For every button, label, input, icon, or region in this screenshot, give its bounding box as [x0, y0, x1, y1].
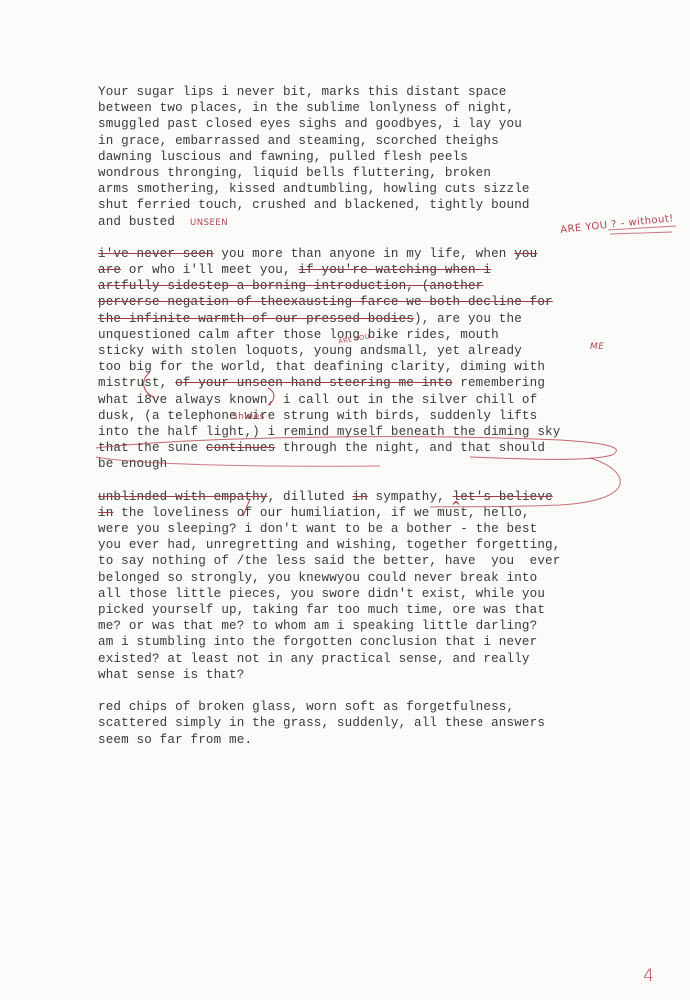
annotation-me: ME: [590, 342, 604, 352]
struck-text: are: [98, 263, 121, 277]
text-segment: all those little pieces, you swore didn'…: [98, 587, 545, 601]
text-segment: wondrous thronging, liquid bells flutter…: [98, 166, 491, 180]
text-line: what i8ve always known, i call out in th…: [98, 392, 618, 408]
text-segment: sticky with stolen loquots, young andsma…: [98, 344, 522, 358]
text-segment: mistrust,: [98, 376, 175, 390]
text-line: red chips of broken glass, worn soft as …: [98, 699, 618, 715]
annotation-caret: ^: [451, 499, 462, 513]
text-segment: that the sune: [98, 441, 206, 455]
text-segment: arms smothering, kissed andtumbling, how…: [98, 182, 530, 196]
text-line: i've never seen you more than anyone in …: [98, 246, 618, 262]
paragraph: unblinded with empathy, dilluted in symp…: [98, 489, 618, 683]
text-segment: existed? at least not in any practical s…: [98, 652, 530, 666]
text-segment: picked yourself up, taking far too much …: [98, 603, 545, 617]
text-segment: or who i'll meet you,: [121, 263, 298, 277]
text-segment: sympathy,: [368, 490, 453, 504]
text-segment: me? or was that me? to whom am i speakin…: [98, 619, 537, 633]
text-segment: ), are you the: [414, 312, 522, 326]
text-line: me? or was that me? to whom am i speakin…: [98, 618, 618, 634]
text-line: perverse negation of theexausting farce …: [98, 294, 618, 310]
text-segment: what i8ve always known, i call out in th…: [98, 393, 537, 407]
struck-text: in: [352, 490, 367, 504]
text-line: picked yourself up, taking far too much …: [98, 602, 618, 618]
text-line: to say nothing of /the less said the bet…: [98, 553, 618, 569]
text-line: mistrust, of your unseen hand steering m…: [98, 375, 618, 391]
struck-text: you: [514, 247, 537, 261]
text-segment: through the night, and that should: [275, 441, 545, 455]
text-line: sticky with stolen loquots, young andsma…: [98, 343, 618, 359]
annotation-unseen: UNSEEN: [190, 218, 228, 228]
struck-text: perverse negation of theexausting farce …: [98, 295, 553, 309]
text-segment: were you sleeping? i don't want to be a …: [98, 522, 537, 536]
text-segment: in grace, embarrassed and steaming, scor…: [98, 134, 499, 148]
paragraph: red chips of broken glass, worn soft as …: [98, 699, 618, 748]
text-line: you ever had, unregretting and wishing, …: [98, 537, 618, 553]
text-line: too big for the world, that deafining cl…: [98, 359, 618, 375]
text-segment: shut ferried touch, crushed and blackene…: [98, 198, 530, 212]
text-segment: remembering: [453, 376, 546, 390]
paragraph: i've never seen you more than anyone in …: [98, 246, 618, 473]
text-segment: too big for the world, that deafining cl…: [98, 360, 545, 374]
text-line: belonged so strongly, you knewwyou could…: [98, 570, 618, 586]
text-line: into the half light,) i remind myself be…: [98, 424, 618, 440]
text-line: unblinded with empathy, dilluted in symp…: [98, 489, 618, 505]
text-segment: you more than anyone in my life, when: [214, 247, 515, 261]
text-line: all those little pieces, you swore didn'…: [98, 586, 618, 602]
struck-text: of your unseen hand steering me into: [175, 376, 452, 390]
text-line: dawning luscious and fawning, pulled fle…: [98, 149, 618, 165]
struck-text: unblinded with empathy: [98, 490, 268, 504]
text-line: am i stumbling into the forgotten conclu…: [98, 634, 618, 650]
text-line: are or who i'll meet you, if you're watc…: [98, 262, 618, 278]
text-line: that the sune continues through the nigh…: [98, 440, 618, 456]
text-segment: red chips of broken glass, worn soft as …: [98, 700, 514, 714]
page-number: 4: [643, 966, 654, 986]
text-line: scattered simply in the grass, suddenly,…: [98, 715, 618, 731]
struck-text: if you're watching when i: [298, 263, 491, 277]
text-segment: , dilluted: [268, 490, 353, 504]
text-segment: the loveliness of our humiliation, if we…: [113, 506, 529, 520]
text-line: were you sleeping? i don't want to be a …: [98, 521, 618, 537]
paragraph: Your sugar lips i never bit, marks this …: [98, 84, 618, 230]
struck-text: continues: [206, 441, 275, 455]
text-segment: am i stumbling into the forgotten conclu…: [98, 635, 537, 649]
text-segment: Your sugar lips i never bit, marks this …: [98, 85, 507, 99]
text-segment: into the half light,) i remind myself be…: [98, 425, 560, 439]
manuscript-page: Your sugar lips i never bit, marks this …: [0, 0, 690, 1000]
text-segment: be enough: [98, 457, 167, 471]
text-line: arms smothering, kissed andtumbling, how…: [98, 181, 618, 197]
text-segment: what sense is that?: [98, 668, 244, 682]
text-segment: dusk, (a telephone wire strung with bird…: [98, 409, 537, 423]
typewritten-body: Your sugar lips i never bit, marks this …: [98, 84, 618, 764]
text-line: the infinite warmth of our pressed bodie…: [98, 311, 618, 327]
struck-text: in: [98, 506, 113, 520]
text-segment: scattered simply in the grass, suddenly,…: [98, 716, 545, 730]
struck-text: let's believe: [453, 490, 553, 504]
text-segment: you ever had, unregretting and wishing, …: [98, 538, 560, 552]
text-segment: belonged so strongly, you knewwyou could…: [98, 571, 537, 585]
text-line: seem so far from me.: [98, 732, 618, 748]
text-segment: dawning luscious and fawning, pulled fle…: [98, 150, 468, 164]
text-line: smuggled past closed eyes sighs and good…: [98, 116, 618, 132]
text-line: between two places, in the sublime lonly…: [98, 100, 618, 116]
text-segment: seem so far from me.: [98, 733, 252, 747]
struck-text: the infinite warmth of our pressed bodie…: [98, 312, 414, 326]
struck-text: artfully sidestep a borning introduction…: [98, 279, 483, 293]
text-line: what sense is that?: [98, 667, 618, 683]
text-line: and busted: [98, 214, 618, 230]
text-line: shut ferried touch, crushed and blackene…: [98, 197, 618, 213]
text-line: wondrous thronging, liquid bells flutter…: [98, 165, 618, 181]
text-line: existed? at least not in any practical s…: [98, 651, 618, 667]
struck-text: i've never seen: [98, 247, 214, 261]
text-line: Your sugar lips i never bit, marks this …: [98, 84, 618, 100]
text-segment: to say nothing of /the less said the bet…: [98, 554, 560, 568]
text-line: be enough: [98, 456, 618, 472]
text-line: in the loveliness of our humiliation, if…: [98, 505, 618, 521]
text-segment: unquestioned calm after those long bike …: [98, 328, 499, 342]
text-line: artfully sidestep a borning introduction…: [98, 278, 618, 294]
text-segment: between two places, in the sublime lonly…: [98, 101, 514, 115]
text-line: in grace, embarrassed and steaming, scor…: [98, 133, 618, 149]
text-line: dusk, (a telephone wire strung with bird…: [98, 408, 618, 424]
text-segment: smuggled past closed eyes sighs and good…: [98, 117, 522, 131]
text-segment: and busted: [98, 215, 175, 229]
annotation-shines: Shines: [232, 412, 265, 422]
